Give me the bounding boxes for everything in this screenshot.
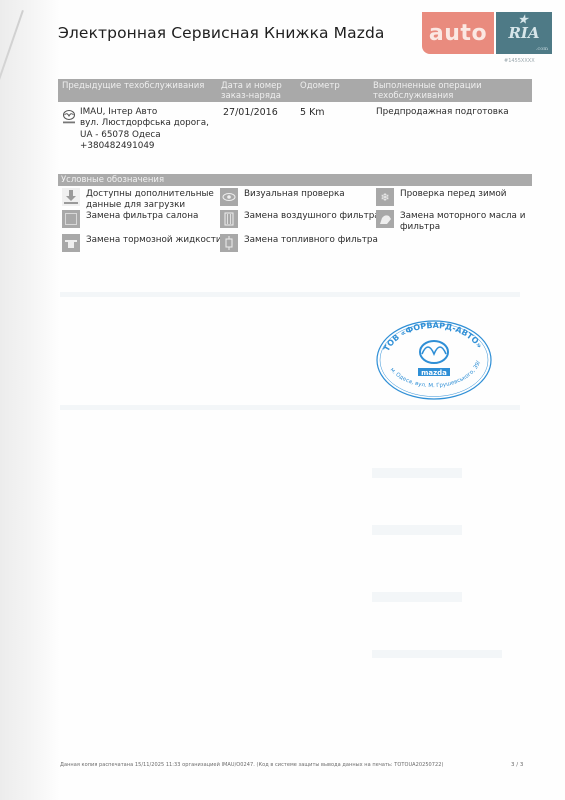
snowflake-icon: ❄ — [376, 188, 394, 206]
fuel-filter-icon — [220, 234, 238, 252]
dealer-city: UA - 65078 Одеса — [80, 130, 209, 141]
print-footer: Данная копия распечатана 15/11/2025 11:3… — [60, 762, 444, 768]
bleed-through-block — [372, 650, 502, 658]
legend-item-brake-fluid: Замена тормозной жидкости — [62, 234, 222, 252]
legend-label: Визуальная проверка — [244, 188, 345, 206]
header-operations: Выполненные операции техобслуживания — [373, 81, 482, 101]
dealer-name: IMAU, Інтер Авто — [80, 107, 209, 118]
service-date: 27/01/2016 — [223, 107, 278, 118]
document-title: Электронная Сервисная Книжка Mazda — [58, 24, 385, 42]
legend-label: Замена топливного фильтра — [244, 234, 378, 252]
legend-label: Замена фильтра салона — [86, 210, 198, 228]
scan-fold-shadow — [0, 0, 60, 800]
autoria-watermark: auto ★ RIA .com #1455XXXX — [422, 12, 554, 57]
service-table-row: IMAU, Інтер Авто вул. Люстдорфська дорог… — [58, 107, 532, 157]
page-counter: 3 / 3 — [511, 762, 523, 768]
watermark-auto-label: auto — [422, 12, 494, 54]
stamp-top-text: ТОВ «ФОРВАРД-АВТО» — [382, 321, 484, 353]
bleed-through-line — [60, 292, 520, 297]
legend-label: Замена воздушного фильтра — [244, 210, 380, 228]
legend-label: Замена моторного масла и — [400, 211, 525, 222]
eye-icon — [220, 188, 238, 206]
service-table-header: Предыдущие техобслуживания Дата и номер … — [58, 79, 532, 102]
legend-item-visual-check: Визуальная проверка — [220, 188, 345, 206]
mazda-logo-icon — [420, 341, 448, 363]
header-date-line2: заказ-наряда — [221, 91, 282, 101]
header-previous-services: Предыдущие техобслуживания — [62, 81, 204, 91]
oil-can-icon — [376, 210, 394, 228]
header-operations-line1: Выполненные операции — [373, 81, 482, 91]
stamp-brand: mazda — [421, 369, 447, 377]
header-date-order: Дата и номер заказ-наряда — [221, 81, 282, 101]
legend-label-line2: фильтра — [400, 222, 525, 233]
download-icon — [62, 188, 80, 206]
bleed-through-block — [372, 592, 462, 602]
air-filter-icon — [220, 210, 238, 228]
document-page: Электронная Сервисная Книжка Mazda auto … — [0, 0, 565, 800]
watermark-id: #1455XXXX — [504, 58, 535, 64]
bleed-through-line — [60, 405, 520, 410]
star-icon: ★ — [518, 13, 528, 26]
header-date-line1: Дата и номер — [221, 81, 282, 91]
bleed-through-block — [372, 468, 462, 478]
dealer-phone: +380482491049 — [80, 141, 209, 152]
legend-item-download: Доступны дополнительные данные для загру… — [62, 188, 214, 211]
legend-item-winter-check: ❄ Проверка перед зимой — [376, 188, 506, 206]
legend-label: Доступны дополнительные — [86, 189, 214, 200]
brake-fluid-icon — [62, 234, 80, 252]
legend-item-fuel-filter: Замена топливного фильтра — [220, 234, 378, 252]
dealer-street: вул. Люстдорфська дорога, — [80, 118, 209, 129]
header-odometer: Одометр — [300, 81, 340, 91]
mazda-logo-icon — [62, 109, 76, 125]
legend-item-oil-change: Замена моторного масла и фильтра — [376, 210, 525, 233]
header-operations-line2: техобслуживания — [373, 91, 482, 101]
service-odometer: 5 Km — [300, 107, 325, 118]
legend-header: Условные обозначения — [58, 174, 532, 186]
watermark-com-label: .com — [536, 46, 548, 52]
cabin-filter-icon — [62, 210, 80, 228]
legend: Доступны дополнительные данные для загру… — [58, 188, 532, 258]
dealer-stamp: ТОВ «ФОРВАРД-АВТО» м. Одеса, вул. М. Гру… — [374, 318, 494, 402]
watermark-ria-badge: ★ RIA .com — [496, 12, 552, 54]
legend-label: Проверка перед зимой — [400, 188, 506, 206]
dealer-info: IMAU, Інтер Авто вул. Люстдорфська дорог… — [80, 107, 209, 153]
legend-item-air-filter: Замена воздушного фильтра — [220, 210, 380, 228]
legend-label: Замена тормозной жидкости — [86, 234, 222, 252]
service-operations: Предпродажная подготовка — [376, 107, 509, 118]
legend-item-cabin-filter: Замена фильтра салона — [62, 210, 198, 228]
watermark-ria-label: RIA — [508, 24, 539, 42]
bleed-through-block — [372, 525, 462, 535]
